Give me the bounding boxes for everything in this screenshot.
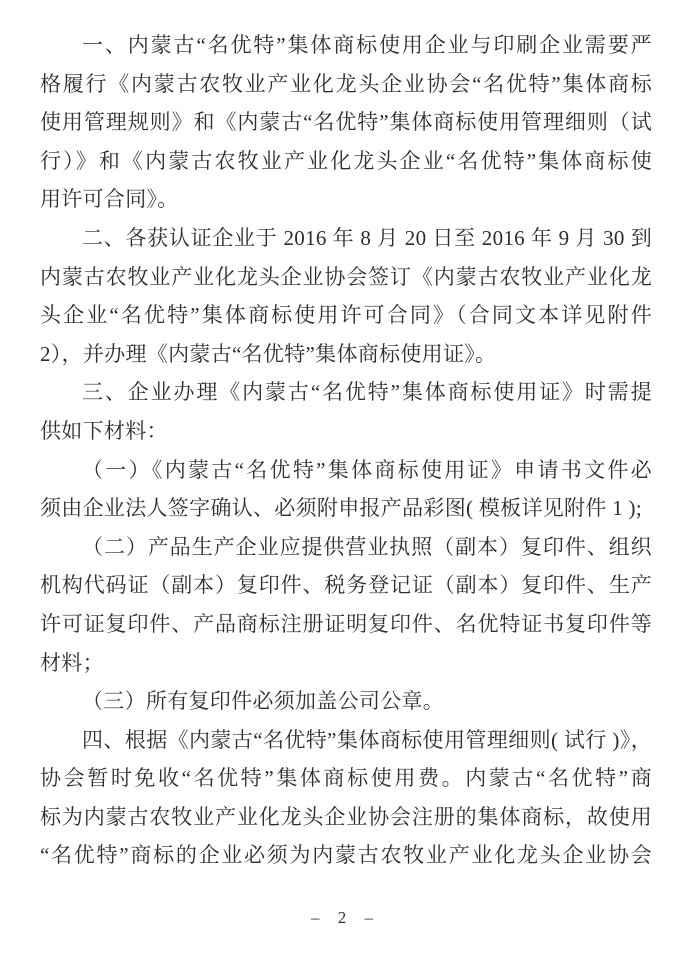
text-line: 使用管理规则》和《内蒙古“名优特”集体商标使用管理细则（试 <box>40 103 652 142</box>
text-line: 格履行《内蒙古农牧业产业化龙头企业协会“名优特”集体商标 <box>40 65 652 104</box>
text-line: 一、内蒙古“名优特”集体商标使用企业与印刷企业需要严 <box>40 26 652 65</box>
text-line: 三、企业办理《内蒙古“名优特”集体商标使用证》时需提 <box>40 373 652 412</box>
text-line: 2），并办理《内蒙古“名优特”集体商标使用证》。 <box>40 335 652 374</box>
text-line: 机构代码证（副本）复印件、税务登记证（副本）复印件、生产 <box>40 566 652 605</box>
text-line: 四、根据《内蒙古“名优特”集体商标使用管理细则( 试行 )》， <box>40 721 652 760</box>
text-line: “名优特”商标的企业必须为内蒙古农牧业产业化龙头企业协会 <box>40 836 652 875</box>
text-line: 材料； <box>40 644 652 683</box>
text-line: （二）产品生产企业应提供营业执照（副本）复印件、组织 <box>40 528 652 567</box>
text-line: 协会暂时免收“名优特”集体商标使用费。内蒙古“名优特”商 <box>40 759 652 798</box>
document-page: 一、内蒙古“名优特”集体商标使用企业与印刷企业需要严格履行《内蒙古农牧业产业化龙… <box>0 0 691 966</box>
text-line: 标为内蒙古农牧业产业化龙头企业协会注册的集体商标，故使用 <box>40 798 652 837</box>
text-line: 须由企业法人签字确认、必须附申报产品彩图( 模板详见附件 1 ); <box>40 489 652 528</box>
text-line: 用许可合同》。 <box>40 180 652 219</box>
text-line: 二、各获认证企业于 2016 年 8 月 20 日至 2016 年 9 月 30… <box>40 219 652 258</box>
text-line: 行）》和《内蒙古农牧业产业化龙头企业“名优特”集体商标使 <box>40 142 652 181</box>
document-body: 一、内蒙古“名优特”集体商标使用企业与印刷企业需要严格履行《内蒙古农牧业产业化龙… <box>40 26 652 875</box>
text-line: （三）所有复印件必须加盖公司公章。 <box>40 682 652 721</box>
page-number: – 2 – <box>0 902 691 934</box>
text-line: （一）《内蒙古“名优特”集体商标使用证》申请书文件必 <box>40 451 652 490</box>
text-line: 供如下材料： <box>40 412 652 451</box>
text-line: 头企业“名优特”集体商标使用许可合同》（合同文本详见附件 <box>40 296 652 335</box>
text-line: 内蒙古农牧业产业化龙头企业协会签订《内蒙古农牧业产业化龙 <box>40 258 652 297</box>
text-line: 许可证复印件、产品商标注册证明复印件、名优特证书复印件等 <box>40 605 652 644</box>
